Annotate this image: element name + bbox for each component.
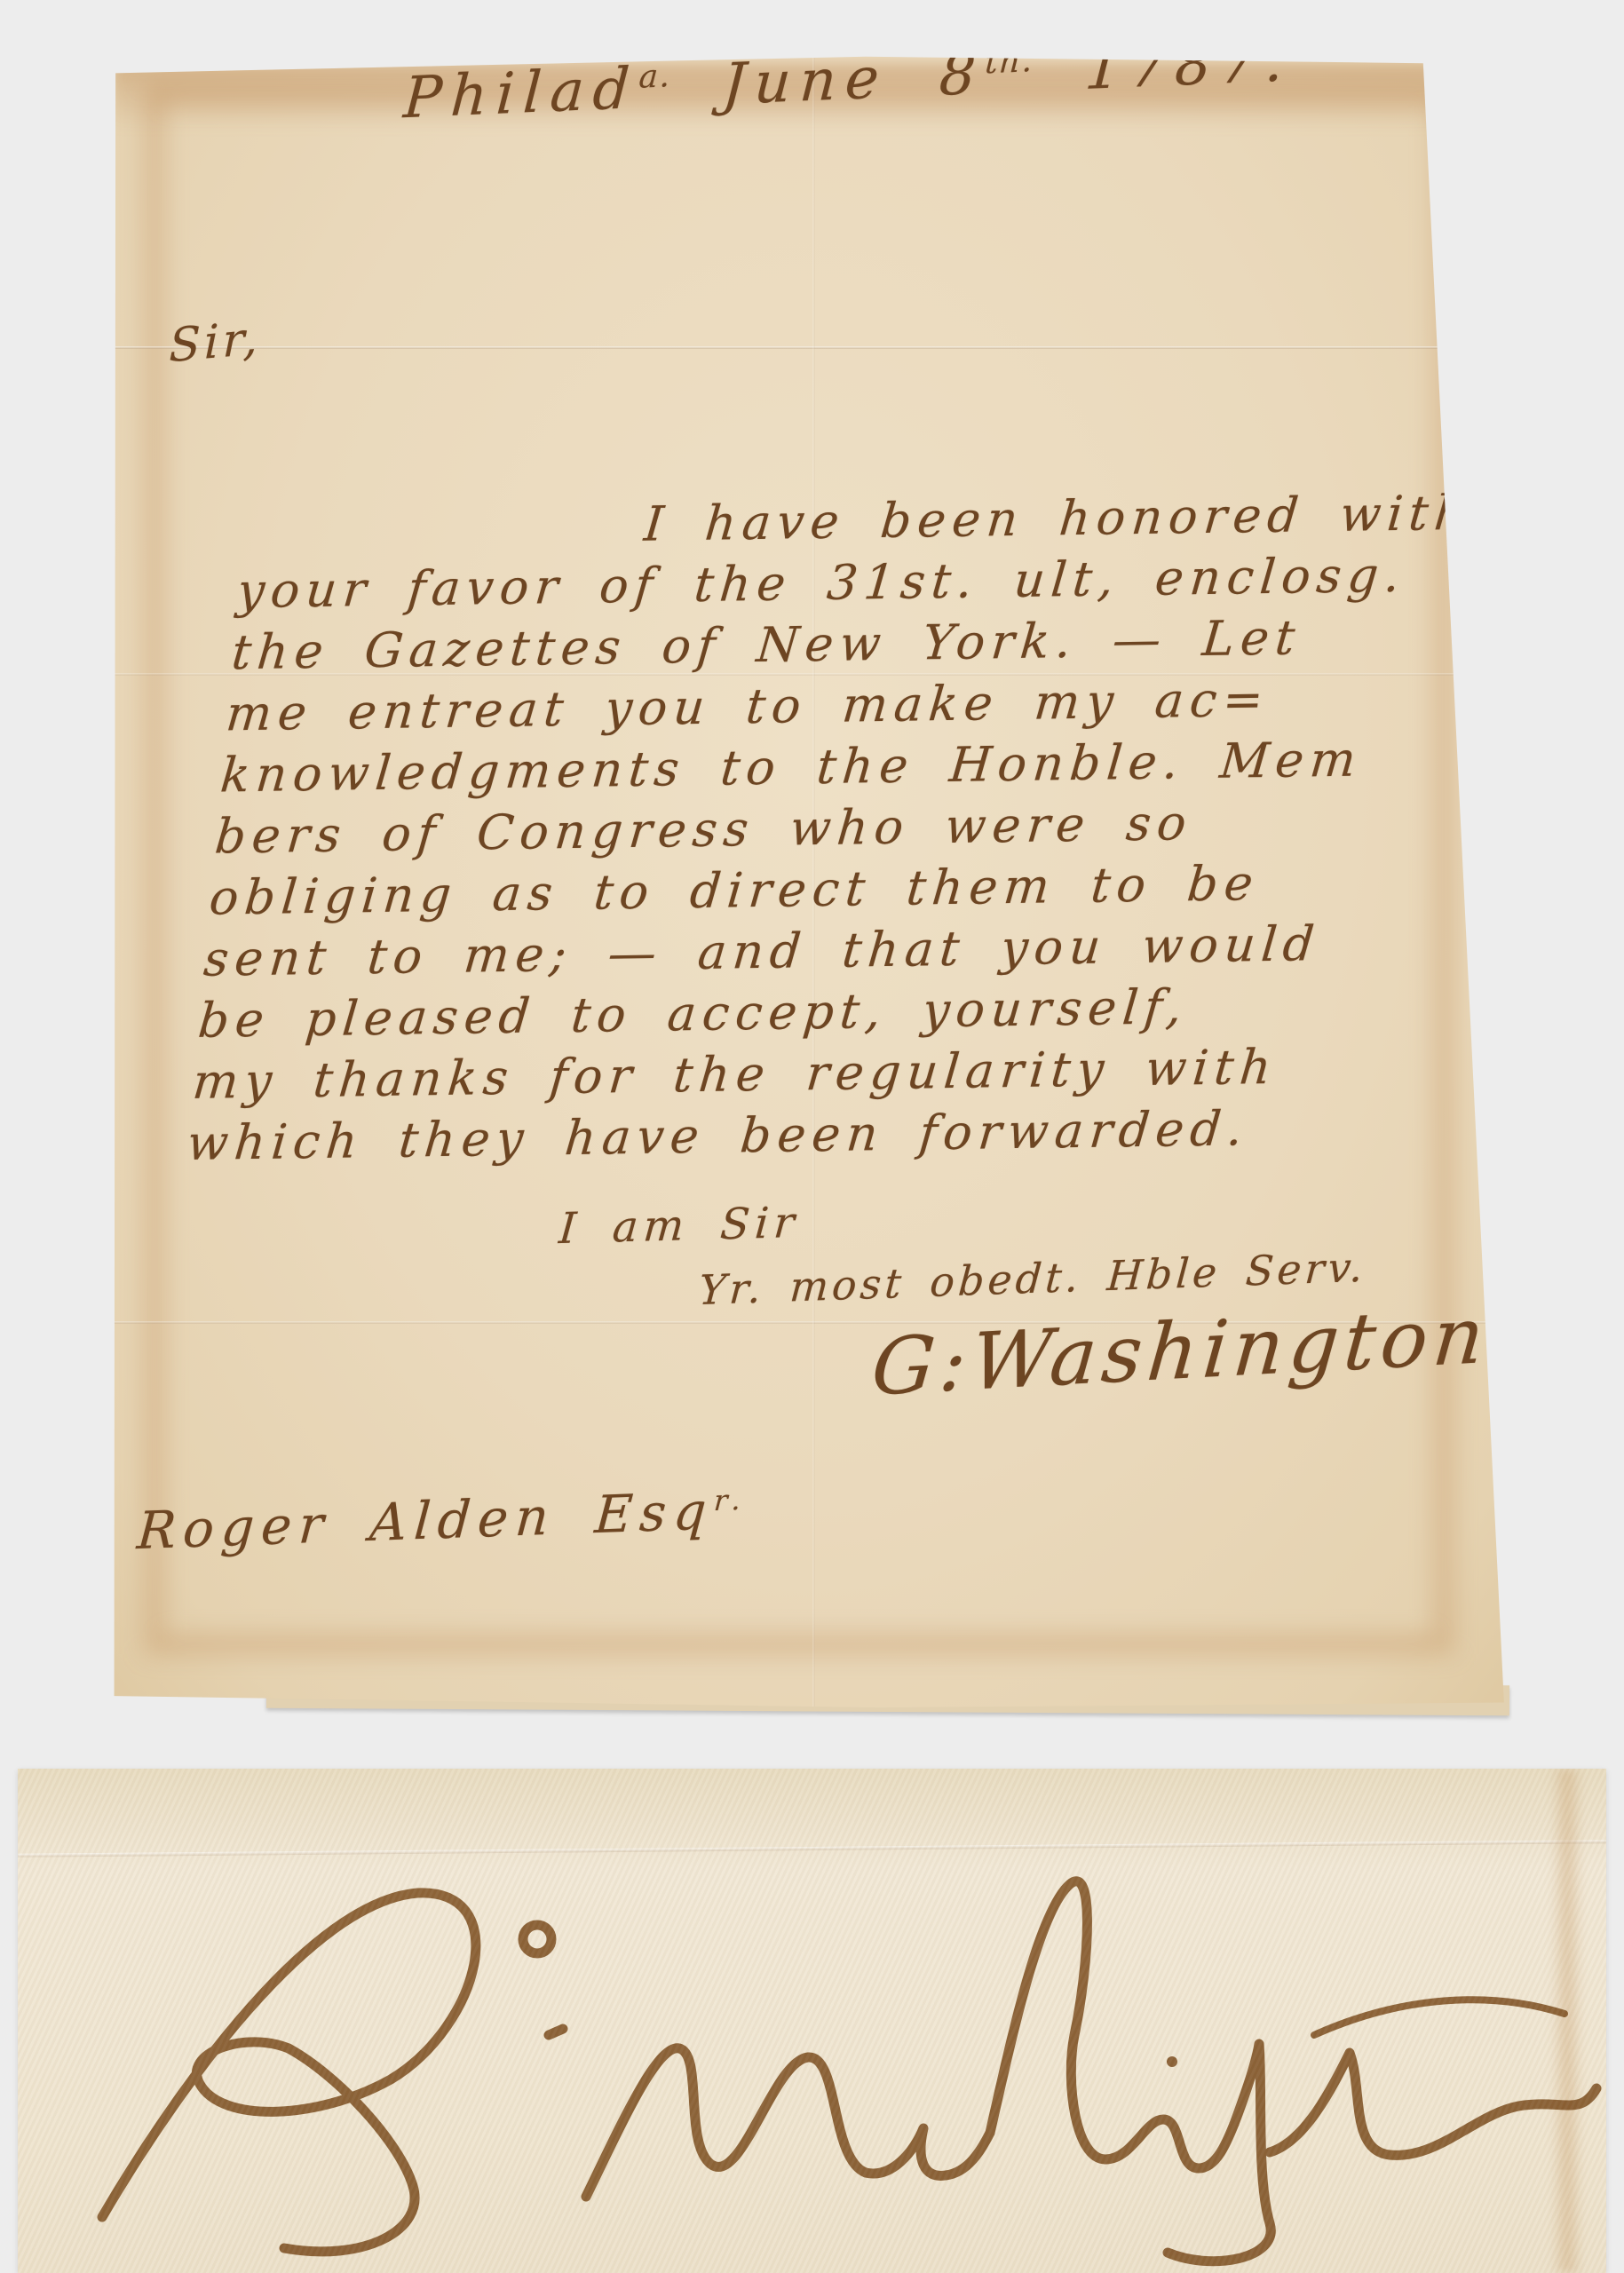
right-toning: [1551, 1769, 1583, 2273]
closing-intro: I am Sir: [558, 1198, 802, 1254]
salutation: Sir,: [169, 312, 262, 373]
letter-signature: G:Washington: [868, 1289, 1493, 1414]
fold-crease: [113, 346, 1507, 349]
address-line: Roger Alden Esqr.: [135, 1479, 749, 1561]
dateline-year: 1787.: [1031, 28, 1294, 105]
letter-page: Philada. June 8th. 1787. Sir, I have bee…: [113, 53, 1507, 1709]
dateline-sup-a: a.: [638, 58, 672, 96]
page-background: Philada. June 8th. 1787. Sir, I have bee…: [0, 0, 1624, 2273]
fold-crease: [18, 1840, 1606, 1857]
signature-detail-drawing: [18, 1769, 1606, 2273]
dateline-place: Philad: [401, 56, 640, 131]
letter-body: I have been honored with your favor of t…: [185, 481, 1542, 1174]
addressee-sup: r.: [713, 1483, 749, 1517]
dateline-sup-th: th.: [984, 43, 1035, 81]
dateline-date: June 8: [669, 42, 986, 121]
addressee-name: Roger Alden Esq: [135, 1480, 715, 1561]
signature-detail-crop: G:Washington: [18, 1769, 1606, 2273]
